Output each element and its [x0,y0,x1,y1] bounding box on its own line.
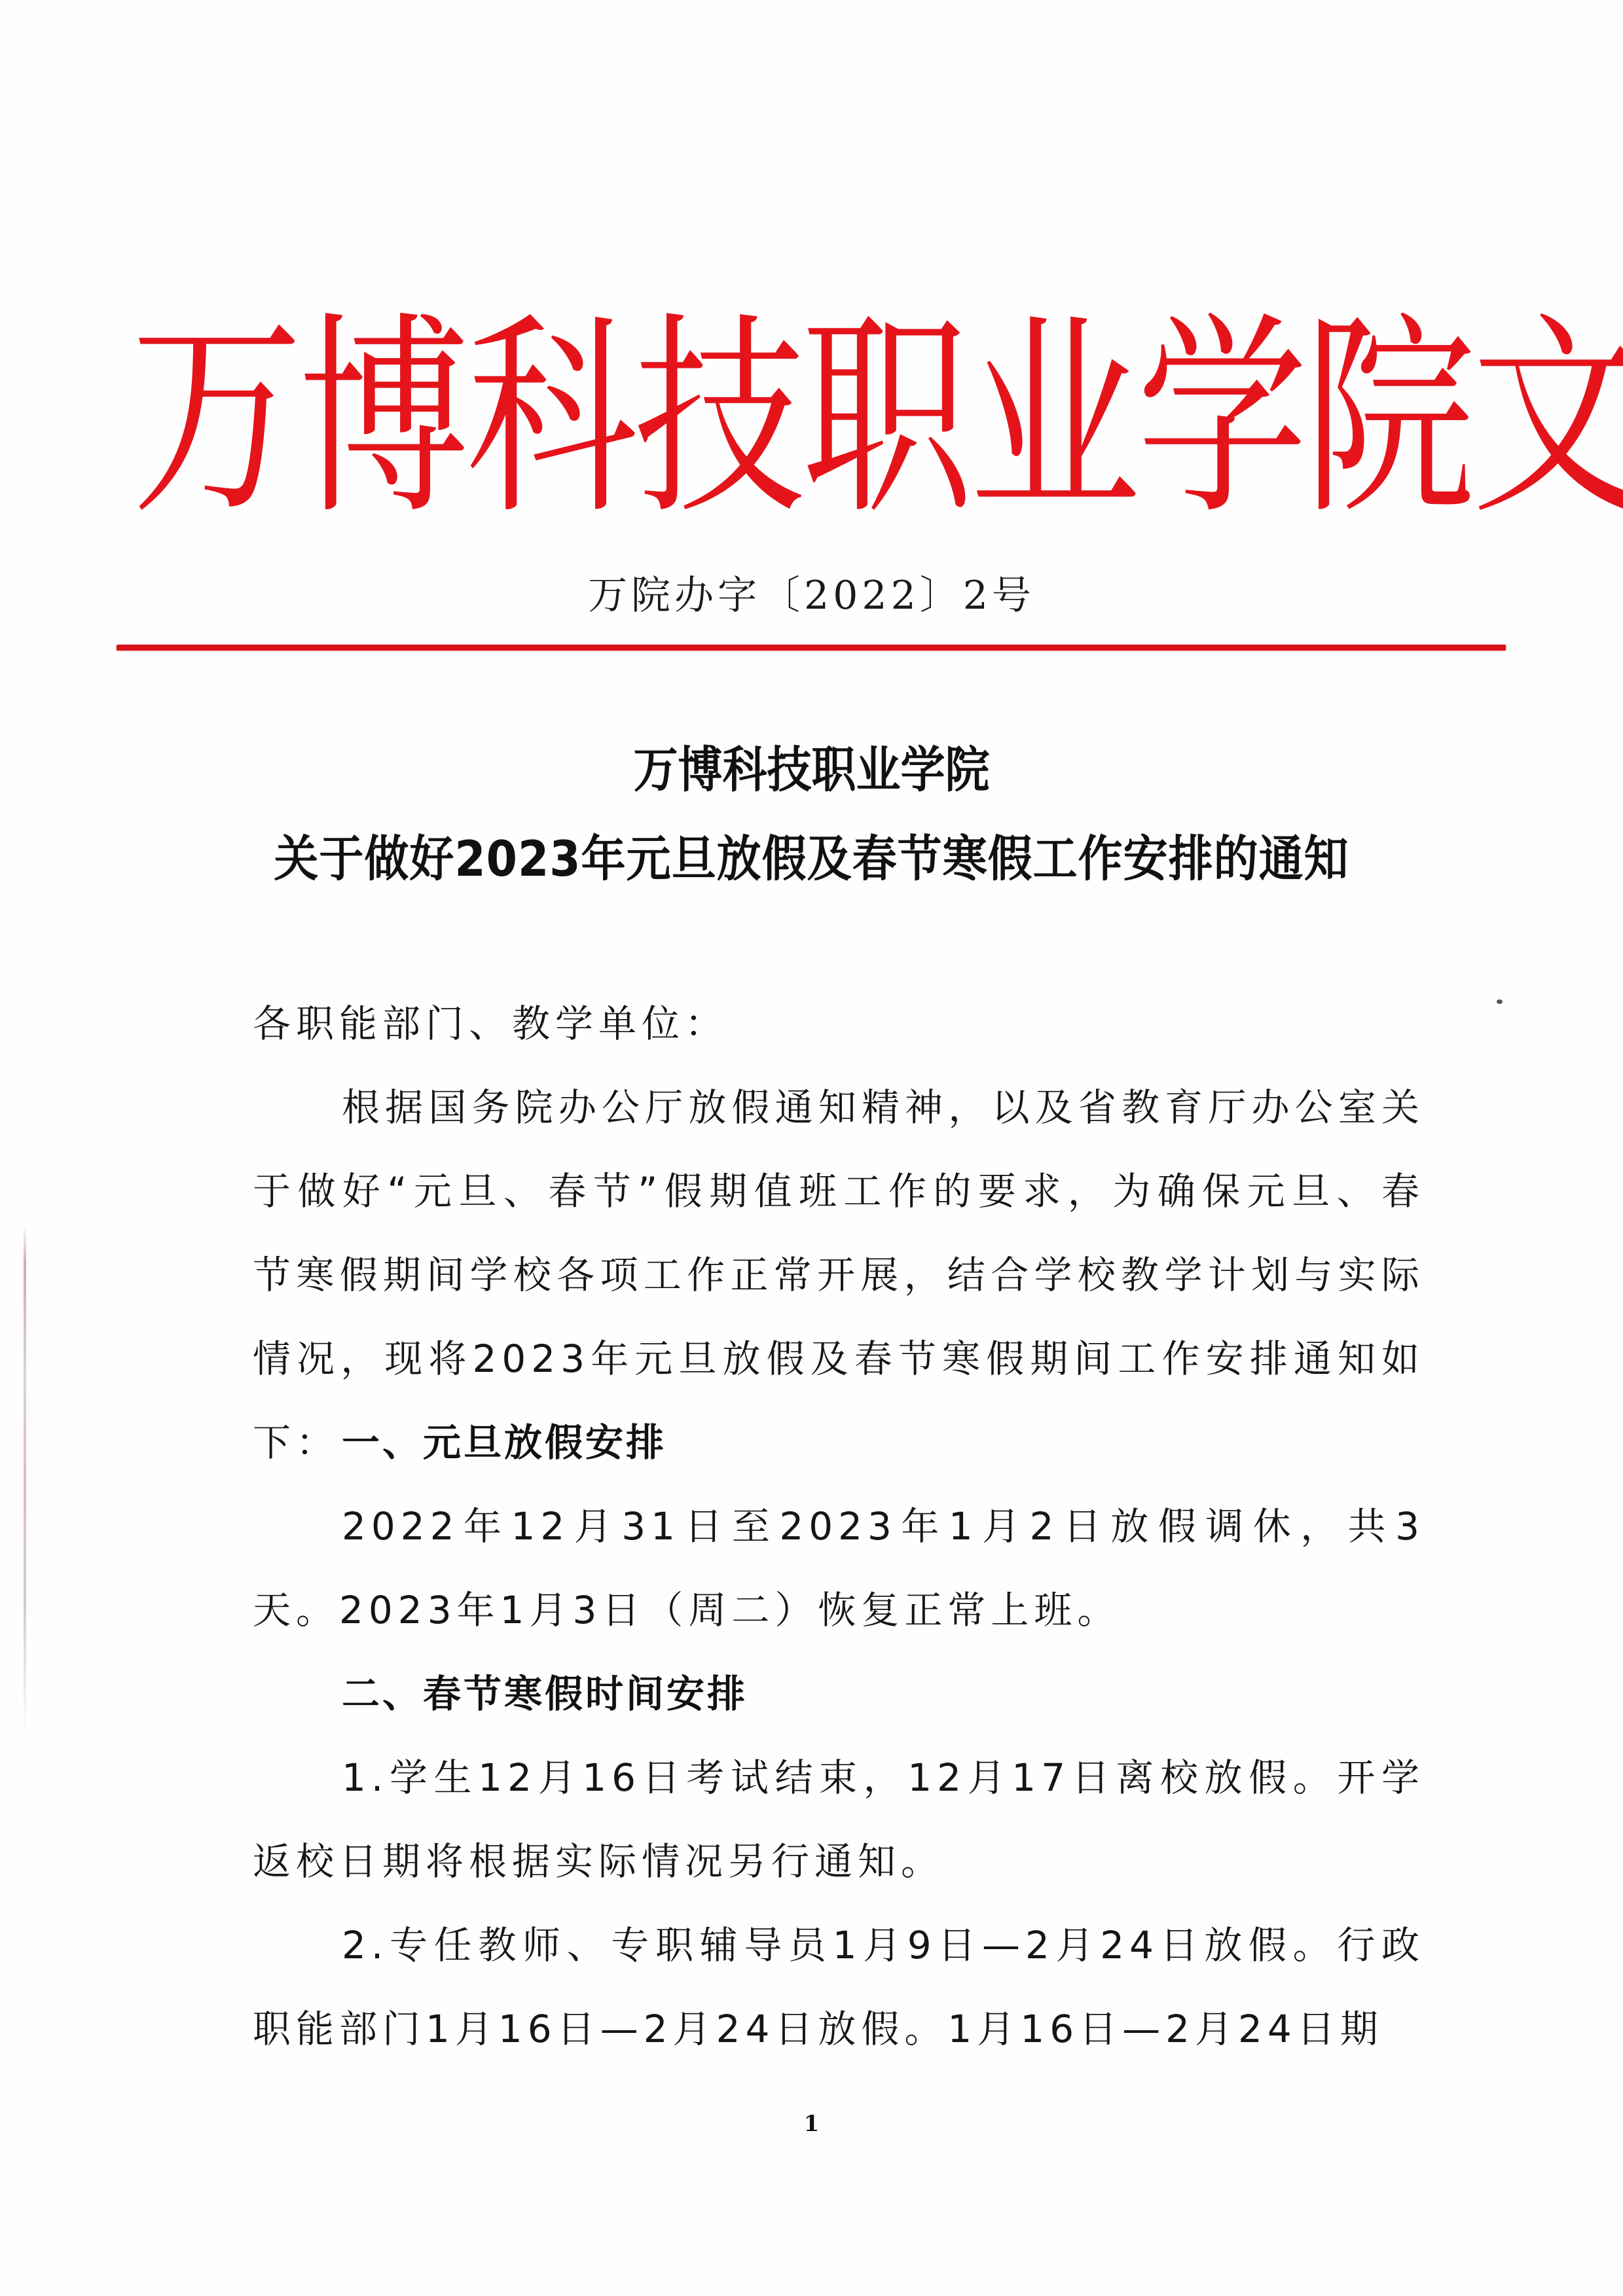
title-institution: 万博科技职业学院 [0,731,1623,801]
scan-dot-artifact [1497,999,1503,1004]
salutation: 各职能部门、教学单位： [253,982,1425,1066]
masthead-char: 业 [969,312,1137,526]
section-heading-new-year: 一、元旦放假安排 [342,1401,666,1484]
masthead-char: 院 [1304,312,1472,526]
masthead-red-header: 万 博 科 技 职 业 学 院 文 件 [131,288,1506,550]
section-body-new-year: 2022年12月31日至2023年1月2日放假调休，共3天。2023年1月3日（… [253,1484,1425,1652]
scan-edge-artifact [24,1224,26,1734]
document-page: 万 博 科 技 职 业 学 院 文 件 万院办字〔2022〕2号 万博科技职业学… [0,0,1623,2296]
title-notice-subject: 关于做好2023年元旦放假及春节寒假工作安排的通知 [0,820,1623,890]
document-number: 万院办字〔2022〕2号 [0,564,1623,620]
masthead-char: 学 [1137,312,1304,526]
section-heading-winter-break: 二、春节寒假时间安排 [342,1652,748,1736]
red-divider-line [117,645,1506,651]
winter-break-item-students: 1.学生12月16日考试结束，12月17日离校放假。开学返校日期将根据实际情况另… [253,1736,1425,1903]
masthead-char: 职 [801,312,969,526]
masthead-char: 科 [466,312,634,526]
masthead-char: 文 [1472,312,1623,526]
page-number: 1 [0,2111,1623,2137]
masthead-char: 技 [634,312,801,526]
masthead-char: 万 [131,312,299,526]
masthead-char: 博 [299,312,466,526]
winter-break-item-staff: 2.专任教师、专职辅导员1月9日—2月24日放假。行政职能部门1月16日—2月2… [253,1903,1425,2071]
